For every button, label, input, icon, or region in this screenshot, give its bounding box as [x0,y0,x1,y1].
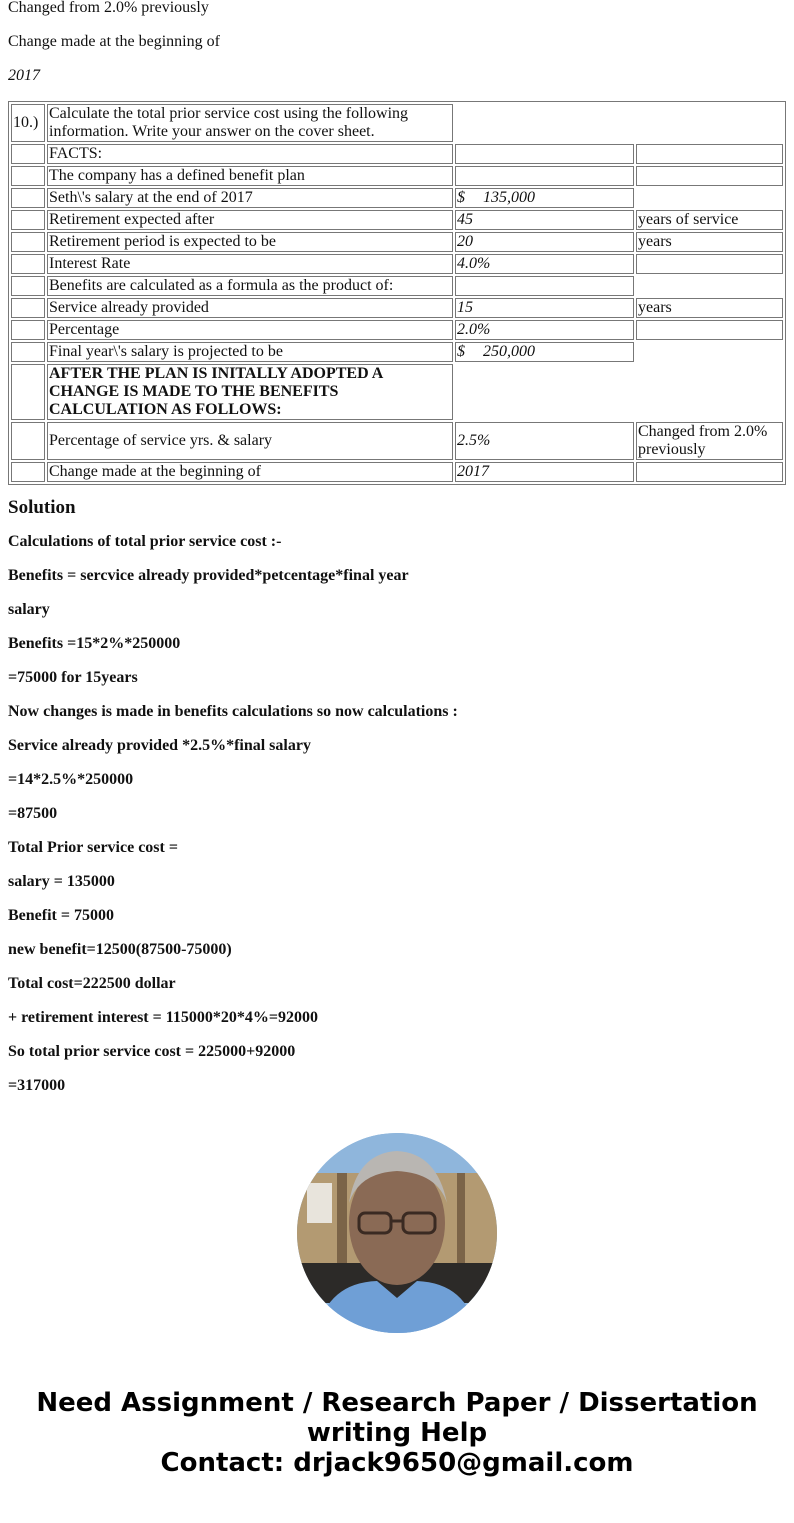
row-label: FACTS: [47,144,453,164]
empty-cell [11,462,45,482]
row-label: Final year\'s salary is projected to be [47,342,453,362]
text-line: 2017 [8,67,786,85]
table-row: 10.) Calculate the total prior service c… [11,104,783,142]
row-label: Percentage [47,320,453,340]
row-value: 2017 [455,462,634,482]
empty-cell [11,276,45,296]
section-heading: AFTER THE PLAN IS INITALLY ADOPTED A CHA… [47,364,453,420]
solution-line: Total cost=222500 dollar [8,975,786,993]
text-line: Change made at the beginning of [8,33,786,51]
row-label: Service already provided [47,298,453,318]
facts-table: 10.) Calculate the total prior service c… [8,101,786,485]
table-row: Change made at the beginning of 2017 [11,462,783,482]
solution-line: =87500 [8,805,786,823]
portrait-icon [297,1133,497,1333]
row-value: 20 [455,232,634,252]
solution-line: =75000 for 15years [8,669,786,687]
solution-line: Total Prior service cost = [8,839,786,857]
question-text: Calculate the total prior service cost u… [47,104,453,142]
empty-cell [455,364,783,420]
solution-line: =317000 [8,1077,786,1095]
table-row: Service already provided 15 years [11,298,783,318]
currency-symbol: $ [457,189,483,207]
row-label: The company has a defined benefit plan [47,166,453,186]
table-row: The company has a defined benefit plan [11,166,783,186]
row-value [455,276,634,296]
empty-cell [11,320,45,340]
promo-contact: Contact: drjack9650@gmail.com [8,1448,786,1478]
empty-cell [11,364,45,420]
question-tail-text: Changed from 2.0% previously Change made… [8,0,786,85]
amount: 135,000 [483,189,535,206]
row-value: 4.0% [455,254,634,274]
empty-cell [11,210,45,230]
row-value: $250,000 [455,342,634,362]
solution-line: Now changes is made in benefits calculat… [8,703,786,721]
table-row: Seth\'s salary at the end of 2017 $135,0… [11,188,783,208]
empty-cell [455,104,783,142]
row-label: Seth\'s salary at the end of 2017 [47,188,453,208]
empty-cell [11,298,45,318]
table-row: Interest Rate 4.0% [11,254,783,274]
solution-line: Calculations of total prior service cost… [8,533,786,551]
amount: 250,000 [483,343,535,360]
row-value: 15 [455,298,634,318]
table-row: FACTS: [11,144,783,164]
row-unit [636,462,783,482]
empty-cell [636,276,783,296]
table-row: Retirement expected after 45 years of se… [11,210,783,230]
row-unit [636,144,783,164]
empty-cell [11,166,45,186]
empty-cell [11,342,45,362]
solution-line: new benefit=12500(87500-75000) [8,941,786,959]
empty-cell [11,254,45,274]
solution-line: Service already provided *2.5%*final sal… [8,737,786,755]
solution-heading: Solution [8,497,786,519]
solution-line: Benefit = 75000 [8,907,786,925]
empty-cell [636,342,783,362]
row-unit: years of service [636,210,783,230]
row-label: Retirement expected after [47,210,453,230]
promo-banner: Need Assignment / Research Paper / Disse… [8,1388,786,1478]
row-unit: years [636,298,783,318]
empty-cell [636,188,783,208]
row-unit: Changed from 2.0% previously [636,422,783,460]
row-label: Change made at the beginning of [47,462,453,482]
table-row: Percentage of service yrs. & salary 2.5%… [11,422,783,460]
row-value: 2.0% [455,320,634,340]
row-label: Retirement period is expected to be [47,232,453,252]
empty-cell [11,188,45,208]
row-value: 2.5% [455,422,634,460]
promo-line-1: Need Assignment / Research Paper / Disse… [8,1388,786,1448]
empty-cell [11,422,45,460]
table-row: AFTER THE PLAN IS INITALLY ADOPTED A CHA… [11,364,783,420]
solution-line: =14*2.5%*250000 [8,771,786,789]
table-row: Retirement period is expected to be 20 y… [11,232,783,252]
text-line: Changed from 2.0% previously [8,0,786,17]
empty-cell [11,144,45,164]
row-label: Interest Rate [47,254,453,274]
table-row: Final year\'s salary is projected to be … [11,342,783,362]
solution-line: salary = 135000 [8,873,786,891]
row-label: Benefits are calculated as a formula as … [47,276,453,296]
row-label: Percentage of service yrs. & salary [47,422,453,460]
row-value [455,144,634,164]
table-row: Benefits are calculated as a formula as … [11,276,783,296]
row-value: 45 [455,210,634,230]
solution-line: + retirement interest = 115000*20*4%=920… [8,1009,786,1027]
solution-line: So total prior service cost = 225000+920… [8,1043,786,1061]
row-unit [636,166,783,186]
tutor-avatar [297,1133,497,1333]
solution-body: Calculations of total prior service cost… [8,533,786,1095]
row-unit: years [636,232,783,252]
currency-symbol: $ [457,343,483,361]
row-value: $135,000 [455,188,634,208]
solution-line: Benefits =15*2%*250000 [8,635,786,653]
solution-line: salary [8,601,786,619]
table-row: Percentage 2.0% [11,320,783,340]
row-unit [636,254,783,274]
row-value [455,166,634,186]
question-number: 10.) [11,104,45,142]
solution-line: Benefits = sercvice already provided*pet… [8,567,786,585]
empty-cell [11,232,45,252]
row-unit [636,320,783,340]
